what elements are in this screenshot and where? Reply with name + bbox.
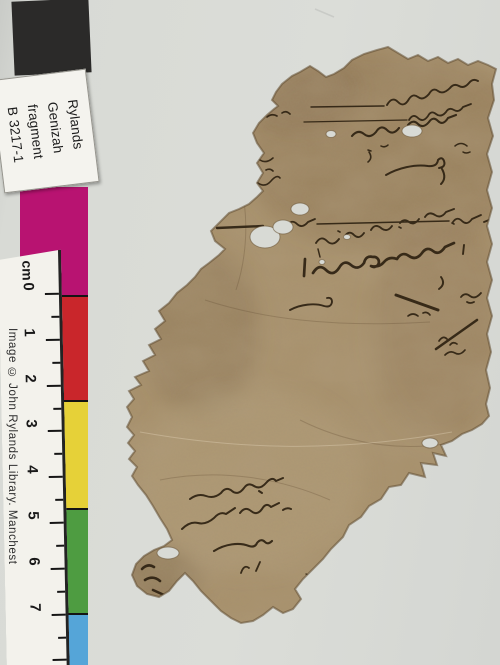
- ruler-tick-half-cm: [56, 545, 64, 547]
- ruler-tick-cm: [47, 384, 61, 386]
- ruler-tick-half-cm: [58, 636, 66, 638]
- ruler-unit-label: cm: [19, 260, 35, 281]
- specimen-label-text: Rylands Genizah fragment B 3217-1: [1, 98, 88, 164]
- specimen-label: Rylands Genizah fragment B 3217-1: [0, 69, 100, 194]
- ruler-number: 6: [25, 557, 42, 566]
- ruler-tick-cm: [46, 339, 60, 341]
- background-scratch: [315, 9, 334, 17]
- ruler-tick-cm: [53, 659, 67, 661]
- ruler-number: 3: [23, 420, 40, 429]
- ruler-tick-half-cm: [57, 590, 65, 592]
- copyright-text: Image © John Rylands Library. Manchest: [2, 328, 18, 665]
- ruler-tick-half-cm: [52, 361, 60, 363]
- fragment-paper: [100, 35, 500, 635]
- ruler-tick-half-cm: [51, 316, 59, 318]
- ruler-number: 7: [26, 603, 43, 612]
- ruler-number: 5: [24, 511, 41, 520]
- ruler-tick-cm: [51, 567, 65, 569]
- ruler-tick-cm: [50, 522, 64, 524]
- ruler-number: 4: [24, 465, 41, 474]
- ruler-tick-cm: [45, 293, 59, 295]
- photograph: Rylands Genizah fragment B 3217-1 cm0123…: [0, 0, 500, 665]
- ruler-tick-cm: [49, 476, 63, 478]
- ruler-number: 0: [20, 282, 37, 291]
- ruler-tick-half-cm: [54, 453, 62, 455]
- ruler-tick-cm: [52, 613, 66, 615]
- ruler-number: 2: [22, 374, 39, 383]
- ruler-number: 1: [21, 328, 38, 337]
- ruler-tick-half-cm: [55, 499, 63, 501]
- ruler-tick-half-cm: [53, 407, 61, 409]
- ruler-tick-cm: [48, 430, 62, 432]
